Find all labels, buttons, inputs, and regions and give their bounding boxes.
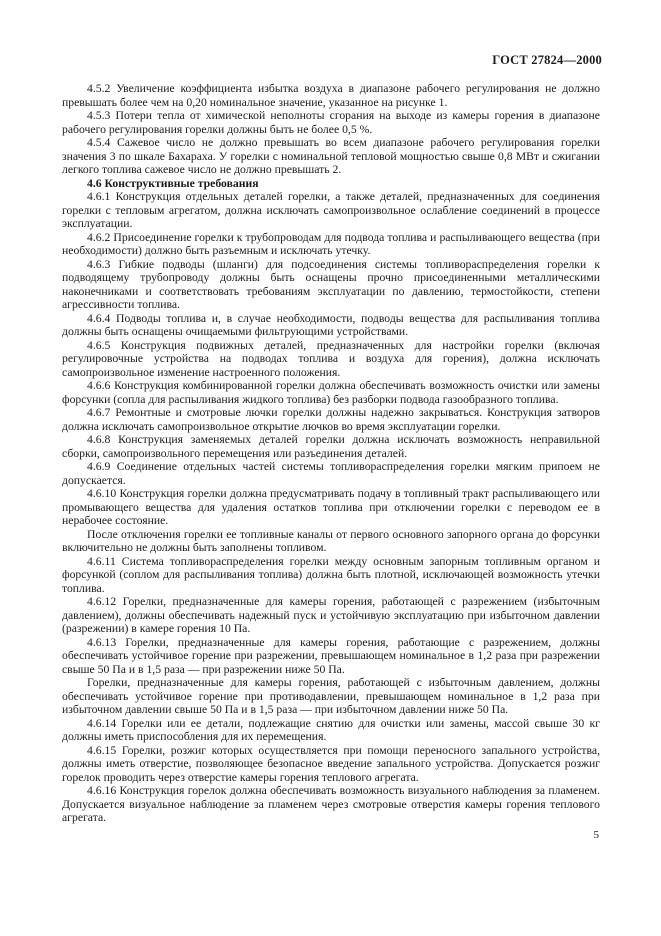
paragraph: 4.6.6 Конструкция комбинированной горелк… bbox=[62, 379, 600, 406]
paragraph: 4.6.10 Конструкция горелки должна предус… bbox=[62, 487, 600, 528]
paragraph: 4.6.5 Конструкция подвижных деталей, пре… bbox=[62, 339, 600, 380]
paragraph: После отключения горелки ее топливные ка… bbox=[62, 528, 600, 555]
section-heading: 4.6 Конструктивные требования bbox=[62, 177, 600, 191]
paragraph: Горелки, предназначенные для камеры горе… bbox=[62, 676, 600, 717]
paragraph: 4.6.9 Соединение отдельных частей систем… bbox=[62, 460, 600, 487]
paragraph: 4.5.4 Сажевое число не должно превышать … bbox=[62, 136, 600, 177]
paragraph: 4.6.3 Гибкие подводы (шланги) для подсое… bbox=[62, 258, 600, 312]
paragraph: 4.6.7 Ремонтные и смотровые лючки горелк… bbox=[62, 406, 600, 433]
paragraph: 4.6.1 Конструкция отдельных деталей горе… bbox=[62, 190, 600, 231]
paragraph: 4.6.16 Конструкция горелок должна обеспе… bbox=[62, 784, 600, 825]
paragraph: 4.6.8 Конструкция заменяемых деталей гор… bbox=[62, 433, 600, 460]
document-page: ГОСТ 27824—2000 4.5.2 Увеличение коэффиц… bbox=[0, 0, 661, 936]
document-standard-number: ГОСТ 27824—2000 bbox=[492, 53, 602, 68]
paragraph: 4.6.14 Горелки или ее детали, подлежащие… bbox=[62, 717, 600, 744]
paragraph: 4.6.4 Подводы топлива и, в случае необхо… bbox=[62, 312, 600, 339]
page-number: 5 bbox=[594, 829, 600, 841]
paragraph: 4.6.11 Система топливораспределения горе… bbox=[62, 555, 600, 596]
paragraph: 4.6.15 Горелки, розжиг которых осуществл… bbox=[62, 744, 600, 785]
paragraph: 4.6.12 Горелки, предназначенные для каме… bbox=[62, 595, 600, 636]
paragraph: 4.6.2 Присоединение горелки к трубопрово… bbox=[62, 231, 600, 258]
paragraph: 4.5.3 Потери тепла от химической неполно… bbox=[62, 109, 600, 136]
paragraph: 4.5.2 Увеличение коэффициента избытка во… bbox=[62, 82, 600, 109]
paragraph: 4.6.13 Горелки, предназначенные для каме… bbox=[62, 636, 600, 677]
document-body: 4.5.2 Увеличение коэффициента избытка во… bbox=[62, 82, 600, 825]
